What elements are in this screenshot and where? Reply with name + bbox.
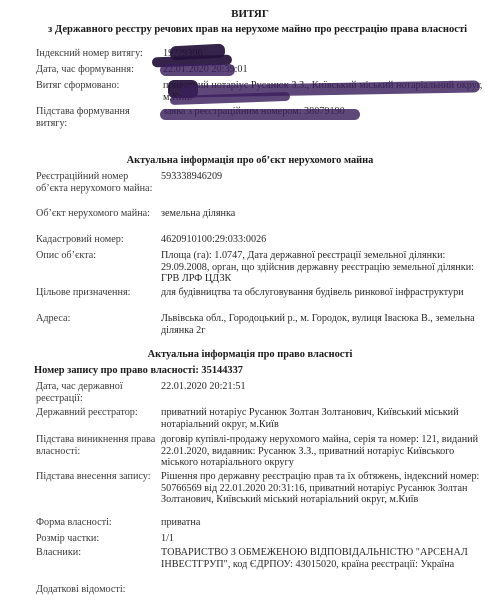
field-value: 4620910100:29:033:0026 xyxy=(161,234,481,246)
field-label: Підстава внесення запису: xyxy=(36,471,156,483)
ownership-record-number: Номер запису про право власності: 351443… xyxy=(34,365,243,377)
field-value: 1/1 xyxy=(161,533,481,545)
field-value: Львівська обл., Городоцький р., м. Город… xyxy=(161,313,481,336)
document-title: ВИТЯГ xyxy=(0,9,500,21)
field-label: Додаткові відомості: xyxy=(36,584,176,596)
field-value: 22.01.2020 20:21:51 xyxy=(161,381,481,393)
property-section-title: Актуальна інформація про об’єкт нерухомо… xyxy=(0,155,500,167)
field-value: договір купівлі-продажу нерухомого майна… xyxy=(161,434,481,469)
field-value: Рішення про державну реєстрацію прав та … xyxy=(161,471,481,506)
field-value: приватний нотаріус Русанюк Золтан Золтан… xyxy=(161,407,481,430)
field-value: земельна ділянка xyxy=(161,208,481,220)
field-value: Площа (га): 1.0747, Дата державної реєст… xyxy=(161,250,481,285)
field-label: Дата, час формування: xyxy=(36,64,151,76)
field-label: Кадастровий номер: xyxy=(36,234,156,246)
field-label: Адреса: xyxy=(36,313,156,325)
document-subtitle: з Державного реєстру речових прав на нер… xyxy=(48,24,498,36)
field-value: 593338946209 xyxy=(161,171,481,183)
field-value: ТОВАРИСТВО З ОБМЕЖЕНОЮ ВІДПОВІДАЛЬНІСТЮ … xyxy=(161,547,481,570)
field-label: Форма власності: xyxy=(36,517,156,529)
field-label: Індексний номер витягу: xyxy=(36,48,151,60)
ownership-section-title: Актуальна інформація про право власності xyxy=(0,349,500,361)
field-label: Розмір частки: xyxy=(36,533,156,545)
field-value: для будівництва та обслуговування будіве… xyxy=(161,287,481,299)
field-label: Власники: xyxy=(36,547,156,559)
field-label: Реєстраційний номер об’єкта нерухомого м… xyxy=(36,171,156,194)
field-label: Дата, час державної реєстрації: xyxy=(36,381,156,404)
field-label: Підстава виникнення права власності: xyxy=(36,434,156,457)
field-label: Підстава формування витягу: xyxy=(36,106,151,129)
redaction-mark xyxy=(160,64,235,76)
field-label: Об’єкт нерухомого майна: xyxy=(36,208,156,220)
field-label: Цільове призначення: xyxy=(36,287,156,299)
redaction-mark xyxy=(160,109,360,120)
field-label: Опис об’єкта: xyxy=(36,250,156,262)
field-label: Державний реєстратор: xyxy=(36,407,156,419)
field-label: Витяг сформовано: xyxy=(36,80,151,92)
field-value: приватна xyxy=(161,517,481,529)
